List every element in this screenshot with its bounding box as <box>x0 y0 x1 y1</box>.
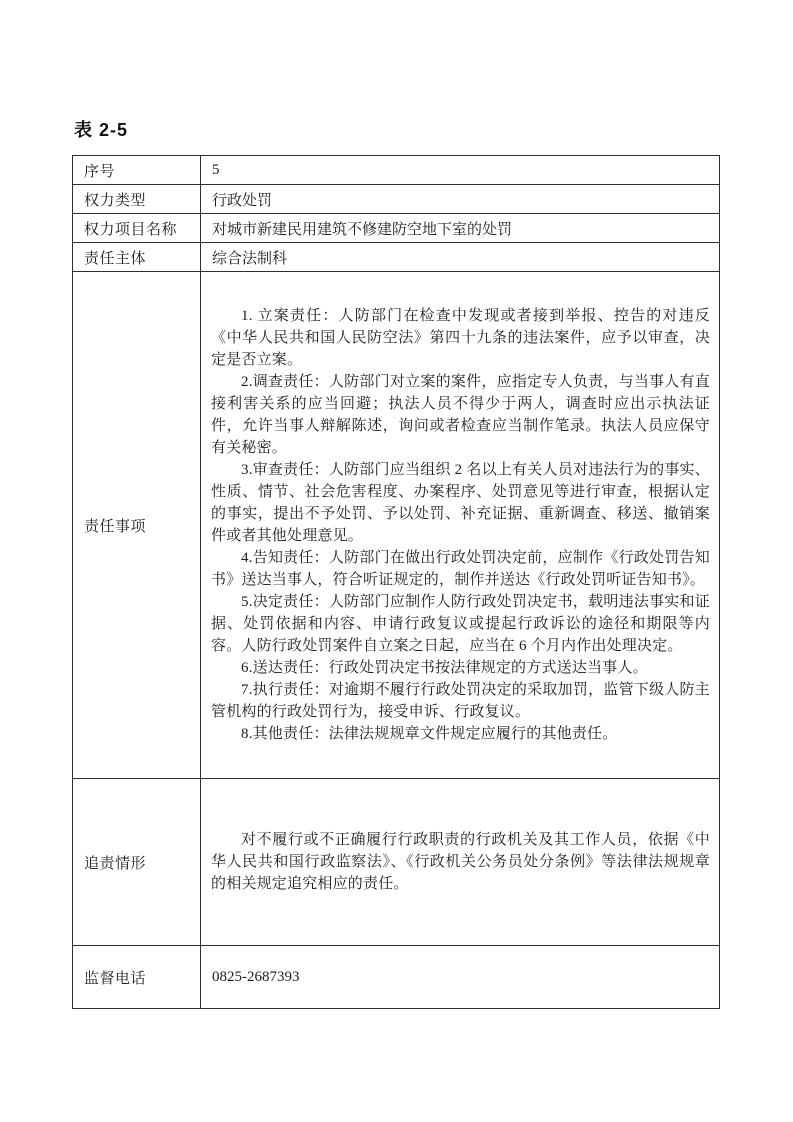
duty-item-decision: 5.决定责任：人防部门应制作人防行政处罚决定书，载明违法事实和证据、处罚依据和内… <box>211 591 710 657</box>
table-row: 责任事项 1. 立案责任：人防部门在检查中发现或者接到举报、控告的对违反《中华人… <box>73 272 720 779</box>
row-value-serial-number: 5 <box>201 156 720 185</box>
responsibility-table: 序号 5 权力类型 行政处罚 权力项目名称 对城市新建民用建筑不修建防空地下室的… <box>72 155 720 1009</box>
table-caption: 表 2-5 <box>74 116 128 142</box>
row-value-responsible-entity: 综合法制科 <box>201 243 720 272</box>
row-label-accountability-circumstances: 追责情形 <box>73 779 201 946</box>
row-label-power-type: 权力类型 <box>73 185 201 214</box>
table-row: 序号 5 <box>73 156 720 185</box>
table-row: 权力项目名称 对城市新建民用建筑不修建防空地下室的处罚 <box>73 214 720 243</box>
duty-item-notification: 4.告知责任：人防部门在做出行政处罚决定前，应制作《行政处罚告知书》送达当事人，… <box>211 547 710 591</box>
row-value-supervision-phone: 0825-2687393 <box>201 946 720 1009</box>
accountability-paragraphs: 对不履行或不正确履行行政职责的行政机关及其工作人员，依据《中华人民共和国行政监察… <box>211 829 710 895</box>
table-row: 责任主体 综合法制科 <box>73 243 720 272</box>
duty-item-enforcement: 7.执行责任：对逾期不履行行政处罚决定的采取加罚，监管下级人防主管机构的行政处罚… <box>211 679 710 723</box>
row-label-responsible-entity: 责任主体 <box>73 243 201 272</box>
row-label-responsibility-matters: 责任事项 <box>73 272 201 779</box>
row-label-power-item-name: 权力项目名称 <box>73 214 201 243</box>
document-page: 表 2-5 序号 5 权力类型 行政处罚 权力项目名称 对城市新建民用建筑不修建… <box>0 0 793 1122</box>
duty-item-filing: 1. 立案责任：人防部门在检查中发现或者接到举报、控告的对违反《中华人民共和国人… <box>211 305 710 371</box>
responsibility-paragraphs: 1. 立案责任：人防部门在检查中发现或者接到举报、控告的对违反《中华人民共和国人… <box>211 305 710 745</box>
duty-item-delivery: 6.送达责任：行政处罚决定书按法律规定的方式送达当事人。 <box>211 657 710 679</box>
table-row: 追责情形 对不履行或不正确履行行政职责的行政机关及其工作人员，依据《中华人民共和… <box>73 779 720 946</box>
row-value-accountability-circumstances: 对不履行或不正确履行行政职责的行政机关及其工作人员，依据《中华人民共和国行政监察… <box>201 779 720 946</box>
row-value-responsibility-matters: 1. 立案责任：人防部门在检查中发现或者接到举报、控告的对违反《中华人民共和国人… <box>201 272 720 779</box>
row-label-serial-number: 序号 <box>73 156 201 185</box>
row-value-power-item-name: 对城市新建民用建筑不修建防空地下室的处罚 <box>201 214 720 243</box>
row-value-power-type: 行政处罚 <box>201 185 720 214</box>
duty-item-review: 3.审查责任：人防部门应当组织 2 名以上有关人员对违法行为的事实、性质、情节、… <box>211 459 710 547</box>
duty-item-investigation: 2.调查责任：人防部门对立案的案件，应指定专人负责，与当事人有直接利害关系的应当… <box>211 371 710 459</box>
row-label-supervision-phone: 监督电话 <box>73 946 201 1009</box>
table-row: 监督电话 0825-2687393 <box>73 946 720 1009</box>
accountability-text: 对不履行或不正确履行行政职责的行政机关及其工作人员，依据《中华人民共和国行政监察… <box>211 829 710 895</box>
table-row: 权力类型 行政处罚 <box>73 185 720 214</box>
duty-item-other: 8.其他责任：法律法规规章文件规定应履行的其他责任。 <box>211 723 710 745</box>
